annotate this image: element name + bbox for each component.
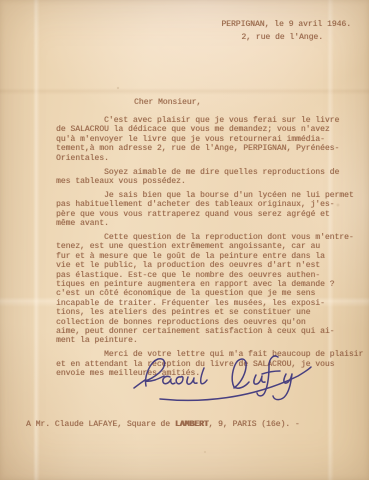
paragraph-reproductions: Soyez aimable de me dire quelles reprodu…: [56, 168, 363, 187]
recipient-suffix: , 9, PARIS (16e). -: [208, 420, 299, 429]
paragraph-lyceen: Je sais bien que la bourse d'un lycéen n…: [56, 191, 363, 229]
letter-page: PERPIGNAN, le 9 avril 1946. 2, rue de l'…: [0, 0, 369, 480]
raoul-dufy-signature: Raoul Dufy: [126, 344, 322, 404]
recipient-square-name: LAMBERT: [175, 420, 209, 429]
recipient-prefix: A Mr. Claude LAFAYE, Square de: [26, 420, 175, 429]
sender-address-line: 2, rue de l'Ange.: [241, 33, 323, 42]
place-date-line: PERPIGNAN, le 9 avril 1946.: [221, 20, 351, 29]
recipient-line: A Mr. Claude LAFAYE, Square de LAMBERT, …: [26, 420, 300, 429]
paragraph-dedicace: C'est avec plaisir que je vous ferai sur…: [56, 116, 363, 163]
signature-ink: [134, 356, 311, 400]
salutation: Cher Monsieur,: [134, 98, 201, 107]
letter-body: C'est avec plaisir que je vous ferai sur…: [56, 116, 363, 383]
paragraph-question-reproduction: Cette question de la reproduction dont v…: [56, 233, 363, 346]
